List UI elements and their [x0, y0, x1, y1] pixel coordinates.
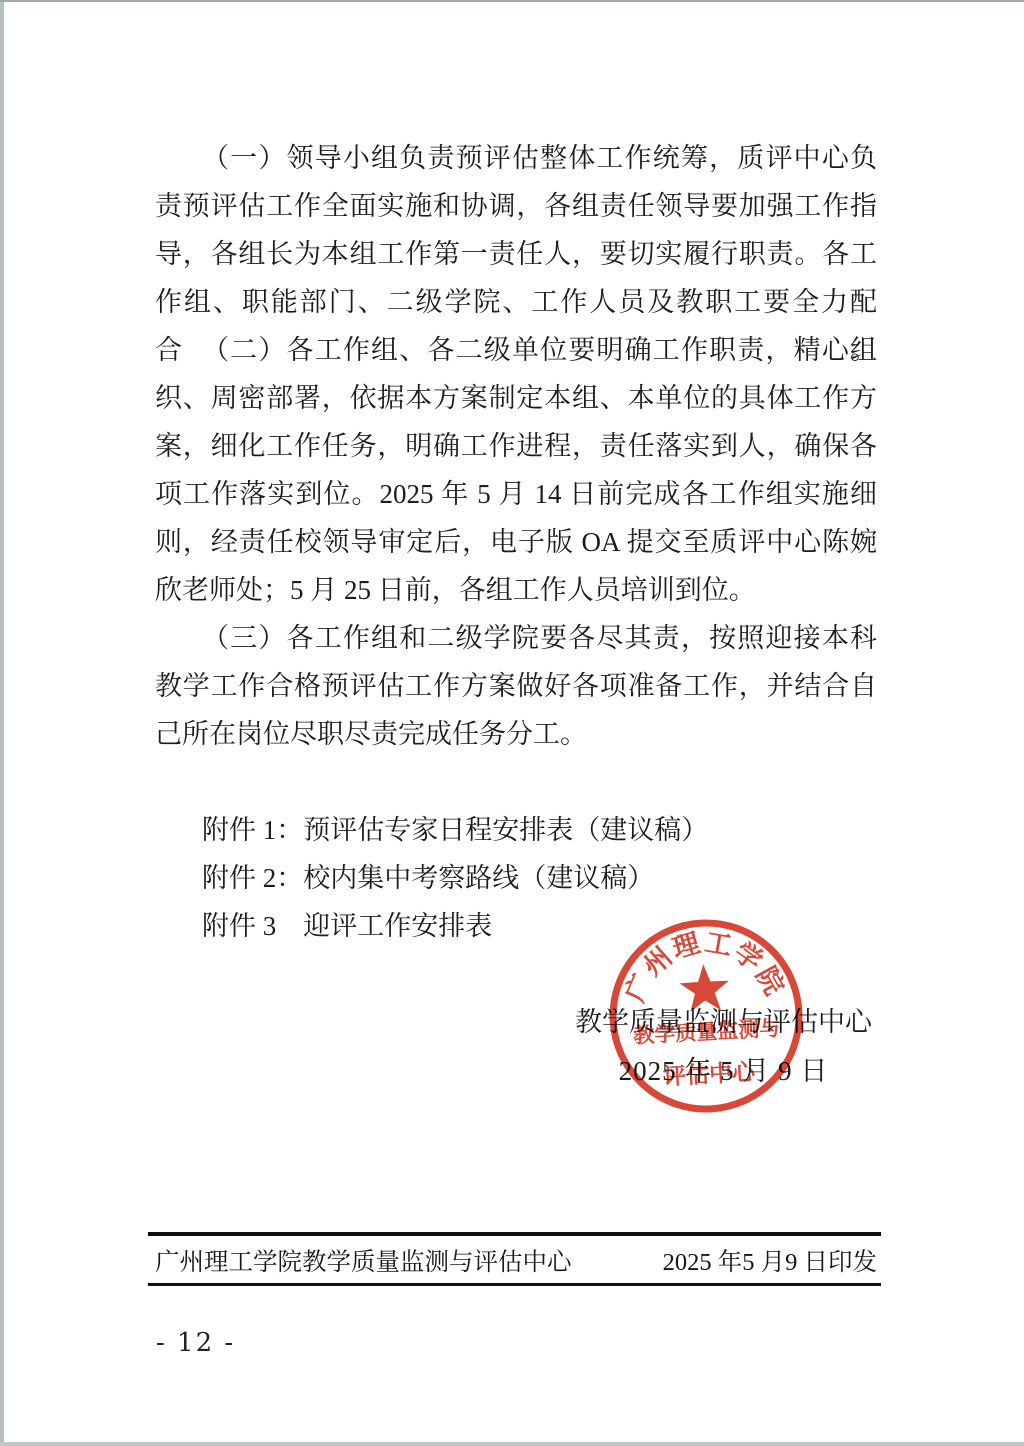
- page-number: - 12 -: [156, 1328, 235, 1358]
- footer-rule-bottom: [148, 1283, 881, 1286]
- seal-inner-text-2: 评估中心: [662, 1059, 756, 1089]
- official-seal: 广州理工学院 教学质量监测与 评估中心: [603, 913, 809, 1119]
- paragraph-2-line: 则，经责任校领导审定后，电子版 OA 提交至质评中心陈婉: [155, 518, 877, 566]
- paragraph-1-line: 作组、职能部门、二级学院、工作人员及教职工要全力配合。: [155, 278, 877, 326]
- seal-inner-text-1: 教学质量监测与: [633, 1016, 781, 1048]
- paragraph-2-line: 织、周密部署，依据本方案制定本组、本单位的具体工作方: [155, 374, 877, 422]
- seal-graphic: 广州理工学院 教学质量监测与 评估中心: [603, 913, 809, 1119]
- footer-print-date: 2025 年5 月9 日印发: [663, 1243, 877, 1283]
- scan-edge-left: [0, 0, 4, 1446]
- attachment-item-1: 附件 1：预评估专家日程安排表（建议稿）: [155, 806, 877, 854]
- paragraph-1-line: 责预评估工作全面实施和协调，各组责任领导要加强工作指: [155, 182, 877, 230]
- paragraph-2-line: 项工作落实到位。2025 年 5 月 14 日前完成各工作组实施细: [155, 470, 877, 518]
- star-icon: [679, 963, 731, 1013]
- paragraph-1-line: 导，各组长为本组工作第一责任人，要切实履行职责。各工: [155, 230, 877, 278]
- document-page: （一）领导小组负责预评估整体工作统筹，质评中心负 责预评估工作全面实施和协调，各…: [0, 0, 1024, 1446]
- attachment-item-2: 附件 2：校内集中考察路线（建议稿）: [155, 854, 877, 902]
- paragraph-3-line: 教学工作合格预评估工作方案做好各项准备工作，并结合自: [155, 662, 877, 710]
- paragraph-3-line: 己所在岗位尽职尽责完成任务分工。: [155, 710, 877, 758]
- paragraph-1-line: （一）领导小组负责预评估整体工作统筹，质评中心负: [155, 134, 877, 182]
- paragraph-2-line: （二）各工作组、各二级单位要明确工作职责，精心组: [155, 326, 877, 374]
- footer-row: 广州理工学院教学质量监测与评估中心 2025 年5 月9 日印发: [155, 1243, 877, 1283]
- blank-line: [155, 758, 877, 806]
- paragraph-3-line: （三）各工作组和二级学院要各尽其责，按照迎接本科: [155, 614, 877, 662]
- paragraph-2-line: 欣老师处；5 月 25 日前，各组工作人员培训到位。: [155, 566, 877, 614]
- paragraph-2-line: 案，细化工作任务，明确工作进程，责任落实到人，确保各: [155, 422, 877, 470]
- scan-edge-bottom: [0, 1442, 1024, 1446]
- document-body: （一）领导小组负责预评估整体工作统筹，质评中心负 责预评估工作全面实施和协调，各…: [155, 134, 877, 950]
- footer-rule-top: [148, 1232, 881, 1236]
- scan-edge-top: [0, 0, 1024, 2]
- footer-issuer: 广州理工学院教学质量监测与评估中心: [155, 1243, 572, 1283]
